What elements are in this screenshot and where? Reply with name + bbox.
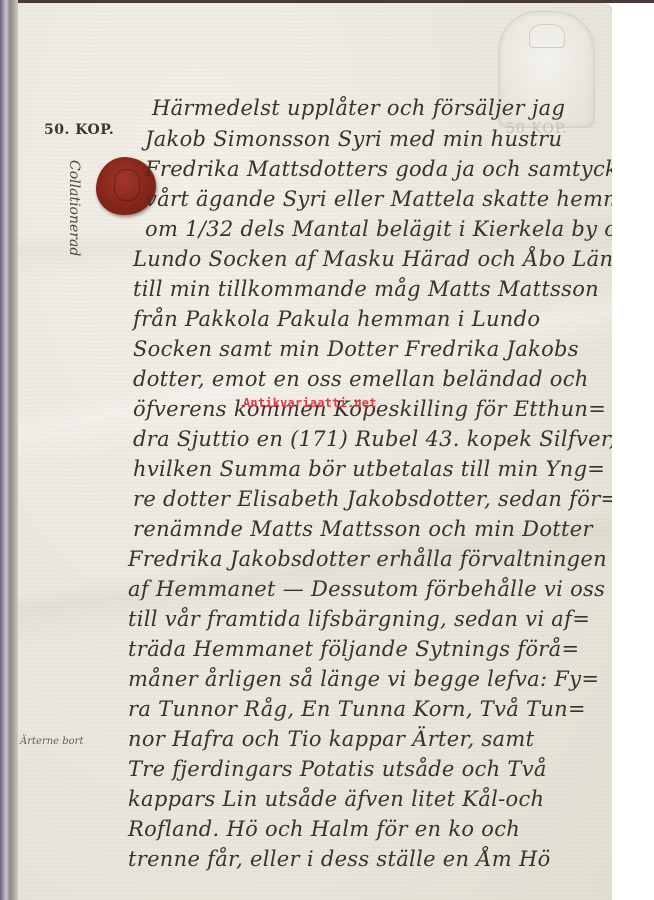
text-line: nor Hafra och Tio kappar Ärter, samt — [128, 727, 534, 751]
text-line: af Hemmanet — Dessutom förbehålle vi oss — [128, 577, 605, 601]
text-line: Tre fjerdingars Potatis utsåde och Två — [128, 757, 547, 781]
text-line: trenne får, eller i dess ställe en Åm Hö — [128, 847, 551, 871]
price-stamp: 50. KOP. — [44, 122, 114, 138]
text-line: måner årligen så länge vi begge lefva: F… — [128, 667, 599, 691]
text-line: från Pakkola Pakula hemman i Lundo — [133, 307, 540, 331]
margin-vertical-note: Collationerad — [66, 160, 82, 280]
text-line: renämnde Matts Mattsson och min Dotter — [133, 517, 593, 541]
text-line: Rofland. Hö och Halm för en ko och — [128, 817, 520, 841]
text-line: Lundo Socken af Masku Härad och Åbo Län — [133, 247, 613, 271]
text-line: om 1/32 dels Mantal belägit i Kierkela b… — [145, 217, 643, 241]
paper-left-edge — [10, 0, 18, 900]
crown-emblem-icon — [529, 24, 565, 48]
text-line: Fredrika Mattsdotters goda ja och samtyc… — [145, 157, 631, 181]
text-line: re dotter Elisabeth Jakobsdotter, sedan … — [133, 487, 618, 511]
text-line: träda Hemmanet följande Sytnings förå= — [128, 637, 579, 661]
text-line: dra Sjuttio en (171) Rubel 43. kopek Sil… — [133, 427, 616, 451]
text-line: till min tillkommande måg Matts Mattsson — [133, 277, 599, 301]
scan-left-binding — [0, 0, 10, 900]
text-line: hvilken Summa bör utbetalas till min Yng… — [133, 457, 605, 481]
seal-impression-icon — [114, 169, 140, 201]
margin-vertical-note-text: Collationerad — [66, 160, 82, 256]
scan-right-background — [612, 3, 654, 900]
watermark-text: Antikvariaatti.net — [243, 396, 377, 410]
text-line: Härmedelst upplåter och försäljer jag — [152, 96, 565, 120]
text-line: Jakob Simonsson Syri med min hustru — [145, 127, 562, 151]
text-line: Socken samt min Dotter Fredrika Jakobs — [133, 337, 579, 361]
margin-note-bottom: Ärterne bort — [20, 736, 83, 747]
text-line: kappars Lin utsåde äfven litet Kål-och — [128, 787, 544, 811]
text-line: Fredrika Jakobsdotter erhålla förvaltnin… — [128, 547, 607, 571]
text-line: till vår framtida lifsbärgning, sedan vi… — [128, 607, 590, 631]
document-scan: 50 KOP. 50. KOP. Collationerad Härmedels… — [0, 0, 654, 900]
text-line: vårt ägande Syri eller Mattela skatte he… — [145, 187, 650, 211]
text-line: ra Tunnor Råg, En Tunna Korn, Två Tun= — [128, 697, 586, 721]
text-line: dotter, emot en oss emellan beländad och — [133, 367, 589, 391]
